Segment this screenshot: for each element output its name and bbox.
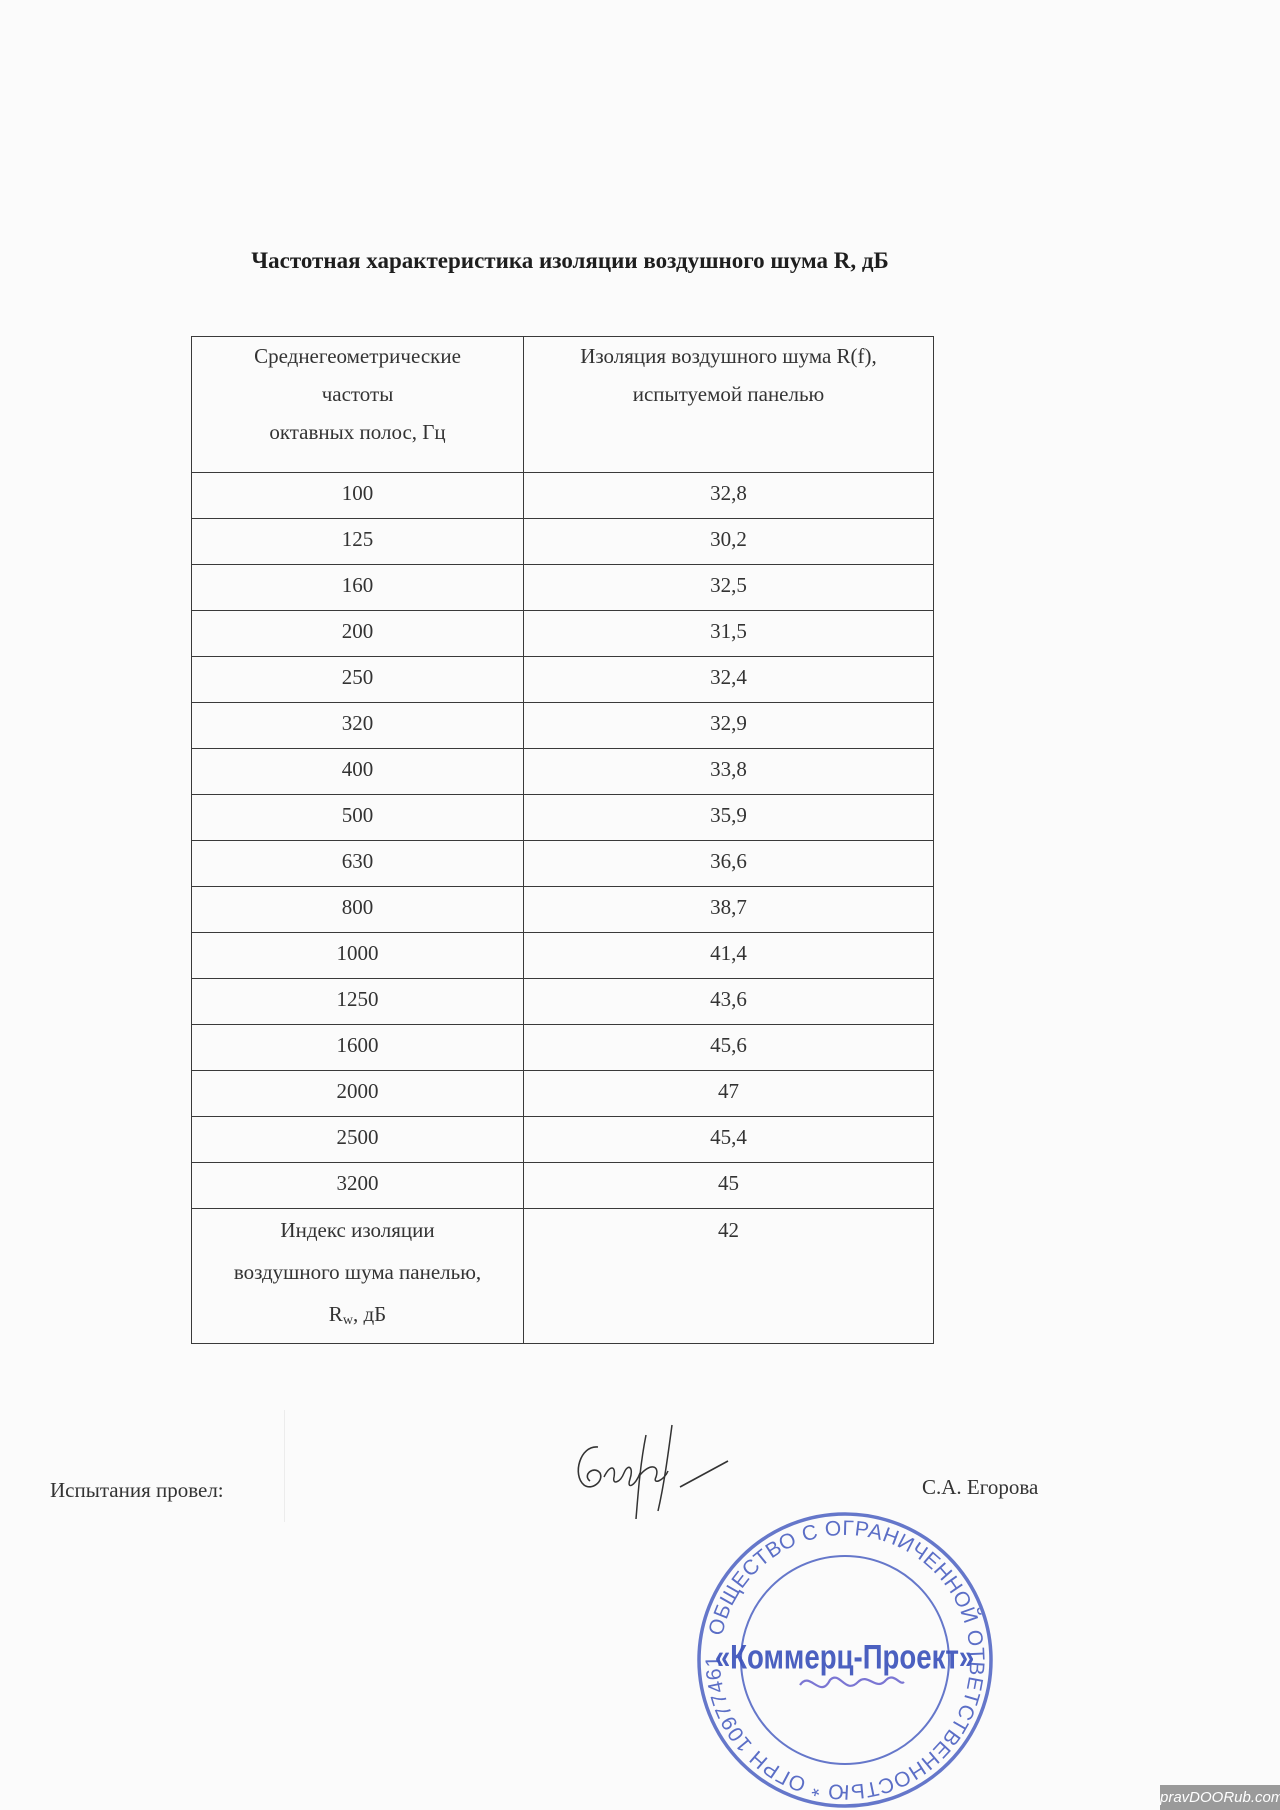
insulation-value-cell: 33,8 <box>524 749 934 795</box>
table-row: 200047 <box>192 1071 934 1117</box>
insulation-value-cell: 38,7 <box>524 887 934 933</box>
table-row: 80038,7 <box>192 887 934 933</box>
insulation-value-cell: 45,6 <box>524 1025 934 1071</box>
table-row: 250045,4 <box>192 1117 934 1163</box>
index-label-cell: Индекс изоляциивоздушного шума панелью,R… <box>192 1209 524 1344</box>
insulation-value-cell: 35,9 <box>524 795 934 841</box>
frequency-cell: 500 <box>192 795 524 841</box>
insulation-value-cell: 32,8 <box>524 473 934 519</box>
watermark: pravDOORub.com <box>1160 1785 1280 1810</box>
table-row: 160045,6 <box>192 1025 934 1071</box>
insulation-value-cell: 45 <box>524 1163 934 1209</box>
tested-by-label: Испытания провел: <box>50 1478 224 1503</box>
index-value-cell: 42 <box>524 1209 934 1344</box>
scan-artifact-line <box>284 1410 285 1522</box>
company-stamp-icon: ОБЩЕСТВО С ОГРАНИЧЕННОЙ ОТВЕТСТВЕННОСТЬЮ… <box>690 1510 1000 1810</box>
frequency-cell: 100 <box>192 473 524 519</box>
document-title: Частотная характеристика изоляции воздуш… <box>0 248 1130 274</box>
frequency-cell: 1600 <box>192 1025 524 1071</box>
signature-icon <box>560 1415 770 1525</box>
insulation-value-cell: 32,4 <box>524 657 934 703</box>
insulation-value-cell: 41,4 <box>524 933 934 979</box>
table-row: 20031,5 <box>192 611 934 657</box>
table-row: 50035,9 <box>192 795 934 841</box>
table-row: 32032,9 <box>192 703 934 749</box>
svg-text:«Коммерц-Проект»: «Коммерц-Проект» <box>715 1638 974 1677</box>
insulation-value-cell: 47 <box>524 1071 934 1117</box>
insulation-value-cell: 43,6 <box>524 979 934 1025</box>
insulation-value-cell: 45,4 <box>524 1117 934 1163</box>
frequency-cell: 320 <box>192 703 524 749</box>
insulation-value-cell: 30,2 <box>524 519 934 565</box>
frequency-cell: 2000 <box>192 1071 524 1117</box>
frequency-cell: 160 <box>192 565 524 611</box>
frequency-cell: 125 <box>192 519 524 565</box>
index-row: Индекс изоляциивоздушного шума панелью,R… <box>192 1209 934 1344</box>
header-insulation: Изоляция воздушного шума R(f), испытуемо… <box>524 337 934 473</box>
frequency-cell: 200 <box>192 611 524 657</box>
table-row: 320045 <box>192 1163 934 1209</box>
insulation-value-cell: 36,6 <box>524 841 934 887</box>
frequency-cell: 1250 <box>192 979 524 1025</box>
table-row: 12530,2 <box>192 519 934 565</box>
signer-name: С.А. Егорова <box>922 1475 1038 1500</box>
table-row: 63036,6 <box>192 841 934 887</box>
table-row: 40033,8 <box>192 749 934 795</box>
table-header-row: Среднегеометрические частоты октавных по… <box>192 337 934 473</box>
frequency-cell: 3200 <box>192 1163 524 1209</box>
frequency-cell: 630 <box>192 841 524 887</box>
table-row: 125043,6 <box>192 979 934 1025</box>
table-row: 16032,5 <box>192 565 934 611</box>
frequency-table: Среднегеометрические частоты октавных по… <box>191 336 934 1344</box>
frequency-cell: 250 <box>192 657 524 703</box>
table-row: 25032,4 <box>192 657 934 703</box>
frequency-cell: 800 <box>192 887 524 933</box>
table-row: 100041,4 <box>192 933 934 979</box>
table-row: 10032,8 <box>192 473 934 519</box>
insulation-value-cell: 31,5 <box>524 611 934 657</box>
frequency-cell: 2500 <box>192 1117 524 1163</box>
insulation-value-cell: 32,5 <box>524 565 934 611</box>
insulation-value-cell: 32,9 <box>524 703 934 749</box>
header-frequency: Среднегеометрические частоты октавных по… <box>192 337 524 473</box>
frequency-cell: 1000 <box>192 933 524 979</box>
frequency-cell: 400 <box>192 749 524 795</box>
